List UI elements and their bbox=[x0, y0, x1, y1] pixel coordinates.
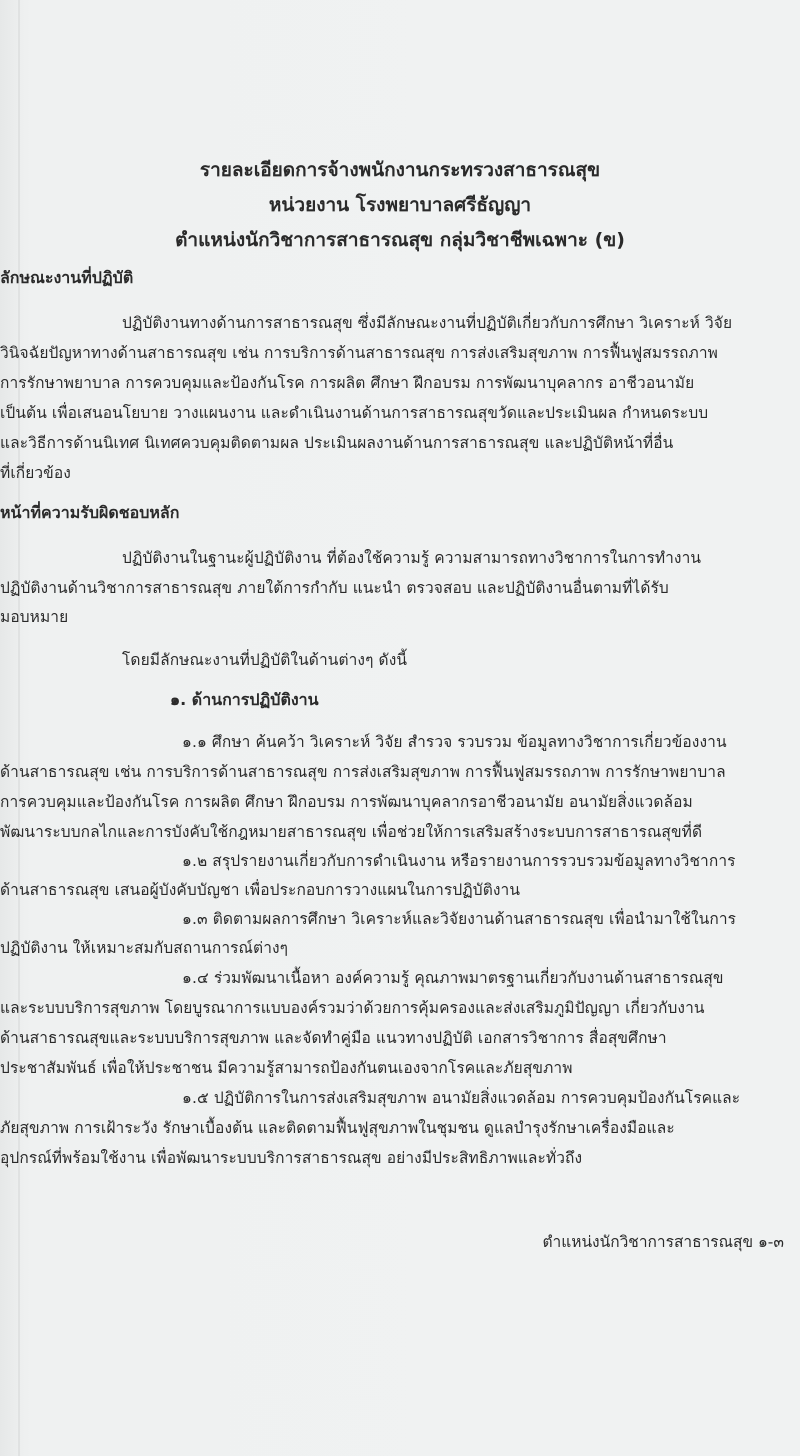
item-1-4-line: ด้านสาธารณสุขและระบบบริการสุขภาพ และจัดท… bbox=[0, 1028, 667, 1048]
paragraph-line: การรักษาพยาบาล การควบคุมและป้องกันโรค กา… bbox=[0, 373, 694, 393]
item-1-5-line: ภัยสุขภาพ การเฝ้าระวัง รักษาเบื้องต้น แล… bbox=[0, 1118, 675, 1138]
paragraph-line: เป็นต้น เพื่อเสนอนโยบาย วางแผนงาน และดำเ… bbox=[0, 403, 708, 423]
item-1-1-line: พัฒนาระบบกลไกและการบังคับใช้กฎหมายสาธารณ… bbox=[0, 822, 702, 842]
item-1-5-line: อุปกรณ์ที่พร้อมใช้งาน เพื่อพัฒนาระบบบริก… bbox=[0, 1148, 582, 1168]
item-1-4-line: และระบบบริการสุขภาพ โดยบูรณาการแบบองค์รว… bbox=[0, 998, 705, 1018]
item-1-1-line: ๑.๑ ศึกษา ค้นคว้า วิเคราะห์ วิจัย สำรวจ … bbox=[182, 732, 727, 752]
paragraph-line: มอบหมาย bbox=[0, 607, 68, 627]
item-1-1-line: การควบคุมและป้องกันโรค การผลิต ศึกษา ฝึก… bbox=[0, 792, 693, 812]
paragraph-line: วินิจฉัยปัญหาทางด้านสาธารณสุข เช่น การบร… bbox=[0, 343, 718, 363]
document-page: รายละเอียดการจ้างพนักงานกระทรวงสาธารณสุข… bbox=[0, 0, 800, 1456]
item-1-5-line: ๑.๕ ปฏิบัติการในการส่งเสริมสุขภาพ อนามัย… bbox=[182, 1088, 740, 1108]
page-footer-position: ตำแหน่งนักวิชาการสาธารณสุข ๑-๓ bbox=[542, 1232, 784, 1252]
paragraph-line: และวิธีการด้านนิเทศ นิเทศควบคุมติดตามผล … bbox=[0, 433, 673, 453]
item-1-4-line: ประชาสัมพันธ์ เพื่อให้ประชาชน มีความรู้ส… bbox=[0, 1058, 573, 1078]
item-1-3-line: ๑.๓ ติดตามผลการศึกษา วิเคราะห์และวิจัยงา… bbox=[182, 909, 736, 929]
paragraph-line: ที่เกี่ยวข้อง bbox=[0, 463, 71, 483]
paragraph-line: ปฏิบัติงานในฐานะผู้ปฏิบัติงาน ที่ต้องใช้… bbox=[122, 548, 701, 568]
subheading-operations: ๑. ด้านการปฏิบัติงาน bbox=[170, 690, 319, 710]
department-title: หน่วยงาน โรงพยาบาลศรีธัญญา bbox=[0, 193, 800, 217]
scan-edge-line bbox=[18, 0, 20, 1456]
item-1-2-line: ๑.๒ สรุปรายงานเกี่ยวกับการดำเนินงาน หรือ… bbox=[182, 851, 736, 871]
paragraph-line: ปฏิบัติงานทางด้านการสาธารณสุข ซึ่งมีลักษ… bbox=[122, 313, 732, 333]
section-heading-job-nature: ลักษณะงานที่ปฏิบัติ bbox=[0, 268, 133, 288]
item-1-4-line: ๑.๔ ร่วมพัฒนาเนื้อหา องค์ความรู้ คุณภาพม… bbox=[182, 968, 724, 988]
position-title: ตำแหน่งนักวิชาการสาธารณสุข กลุ่มวิชาชีพเ… bbox=[0, 228, 800, 252]
item-1-3-line: ปฏิบัติงาน ให้เหมาะสมกับสถานการณ์ต่างๆ bbox=[0, 938, 288, 958]
intro-line: โดยมีลักษณะงานที่ปฏิบัติในด้านต่างๆ ดังน… bbox=[122, 650, 407, 670]
item-1-2-line: ด้านสาธารณสุข เสนอผู้บังคับบัญชา เพื่อปร… bbox=[0, 880, 520, 900]
section-heading-responsibilities: หน้าที่ความรับผิดชอบหลัก bbox=[0, 503, 179, 523]
paragraph-line: ปฏิบัติงานด้านวิชาการสาธารณสุข ภายใต้การ… bbox=[0, 578, 669, 598]
item-1-1-line: ด้านสาธารณสุข เช่น การบริการด้านสาธารณสุ… bbox=[0, 762, 726, 782]
document-title: รายละเอียดการจ้างพนักงานกระทรวงสาธารณสุข bbox=[0, 158, 800, 182]
